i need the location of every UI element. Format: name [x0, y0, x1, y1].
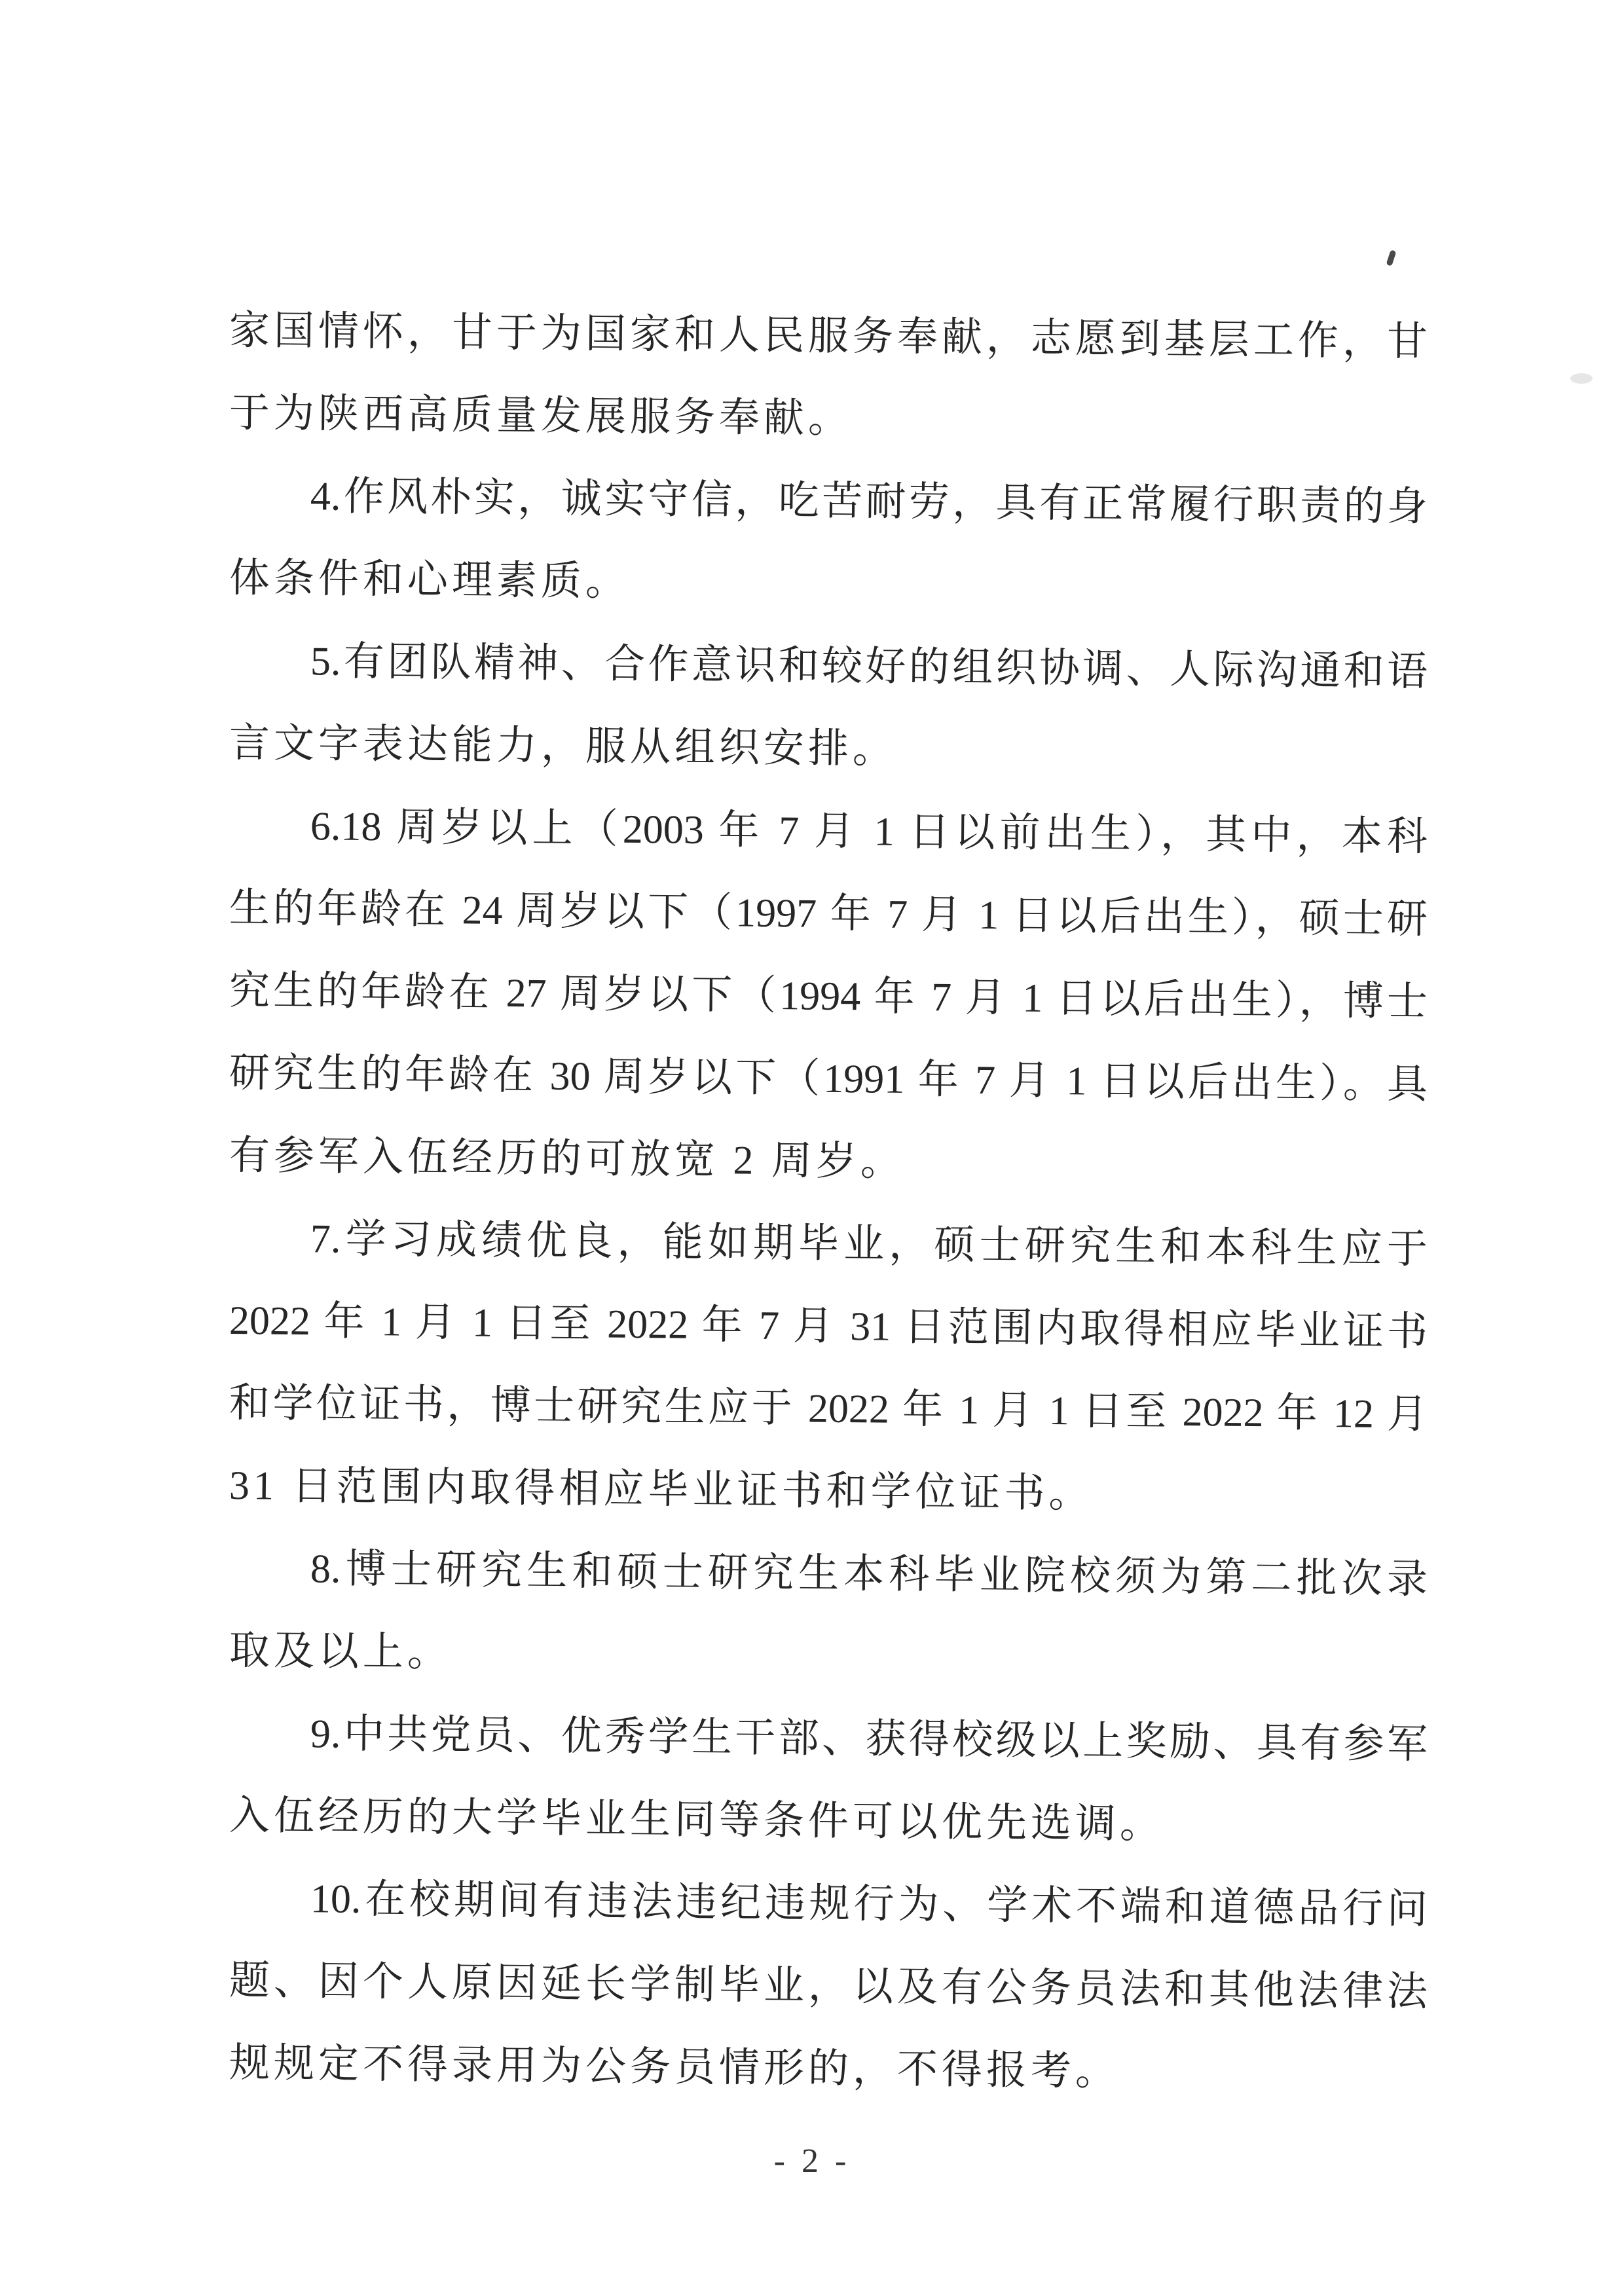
text-line: 规规定不得录用为公务员情形的，不得报考。 — [229, 2022, 1428, 2116]
text-line: 题、因个人原因延长学制毕业，以及有公务员法和其他法律法 — [229, 1939, 1428, 2034]
text-line: 研究生的年龄在 30 周岁以下（1991 年 7 月 1 日以后出生）。具 — [229, 1032, 1428, 1126]
text-line: 体条件和心理素质。 — [229, 537, 1428, 631]
text-line: 生的年龄在 24 周岁以下（1997 年 7 月 1 日以后出生），硕士研 — [229, 867, 1428, 961]
text-line: 4.作风朴实，诚实守信，吃苦耐劳，具有正常履行职责的身 — [229, 454, 1428, 549]
text-line: 31 日范围内取得相应毕业证书和学位证书。 — [229, 1444, 1428, 1539]
text-line: 言文字表达能力，服从组织安排。 — [229, 702, 1428, 796]
scanned-document-page: 家国情怀，甘于为国家和人民服务奉献，志愿到基层工作，甘 于为陕西高质量发展服务奉… — [0, 0, 1624, 2295]
text-line: 5.有团队精神、合作意识和较好的组织协调、人际沟通和语 — [229, 619, 1428, 714]
scan-smudge — [1570, 373, 1593, 384]
text-line: 9.中共党员、优秀学生干部、获得校级以上奖励、具有参军 — [229, 1692, 1428, 1786]
text-line: 取及以上。 — [229, 1609, 1428, 1704]
text-line: 6.18 周岁以上（2003 年 7 月 1 日以前出生），其中，本科 — [229, 784, 1428, 879]
text-line: 究生的年龄在 27 周岁以下（1994 年 7 月 1 日以后出生），博士 — [229, 949, 1428, 1044]
text-line: 入伍经历的大学毕业生同等条件可以优先选调。 — [229, 1774, 1428, 1869]
text-line: 10.在校期间有违法违纪违规行为、学术不端和道德品行问 — [229, 1857, 1428, 1951]
text-line: 7.学习成绩优良，能如期毕业，硕士研究生和本科生应于 — [229, 1197, 1428, 1291]
document-text: 家国情怀，甘于为国家和人民服务奉献，志愿到基层工作，甘 于为陕西高质量发展服务奉… — [229, 289, 1428, 2104]
text-line: 于为陕西高质量发展服务奉献。 — [229, 372, 1428, 466]
text-line: 和学位证书，博士研究生应于 2022 年 1 月 1 日至 2022 年 12 … — [229, 1362, 1428, 1456]
text-line: 有参军入伍经历的可放宽 2 周岁。 — [229, 1114, 1428, 1209]
ink-speck — [1386, 249, 1397, 266]
text-line: 家国情怀，甘于为国家和人民服务奉献，志愿到基层工作，甘 — [229, 289, 1428, 384]
text-line: 8.博士研究生和硕士研究生本科毕业院校须为第二批次录 — [229, 1527, 1428, 1621]
page-number: - 2 - — [0, 2127, 1624, 2196]
text-line: 2022 年 1 月 1 日至 2022 年 7 月 31 日范围内取得相应毕业… — [229, 1279, 1428, 1374]
